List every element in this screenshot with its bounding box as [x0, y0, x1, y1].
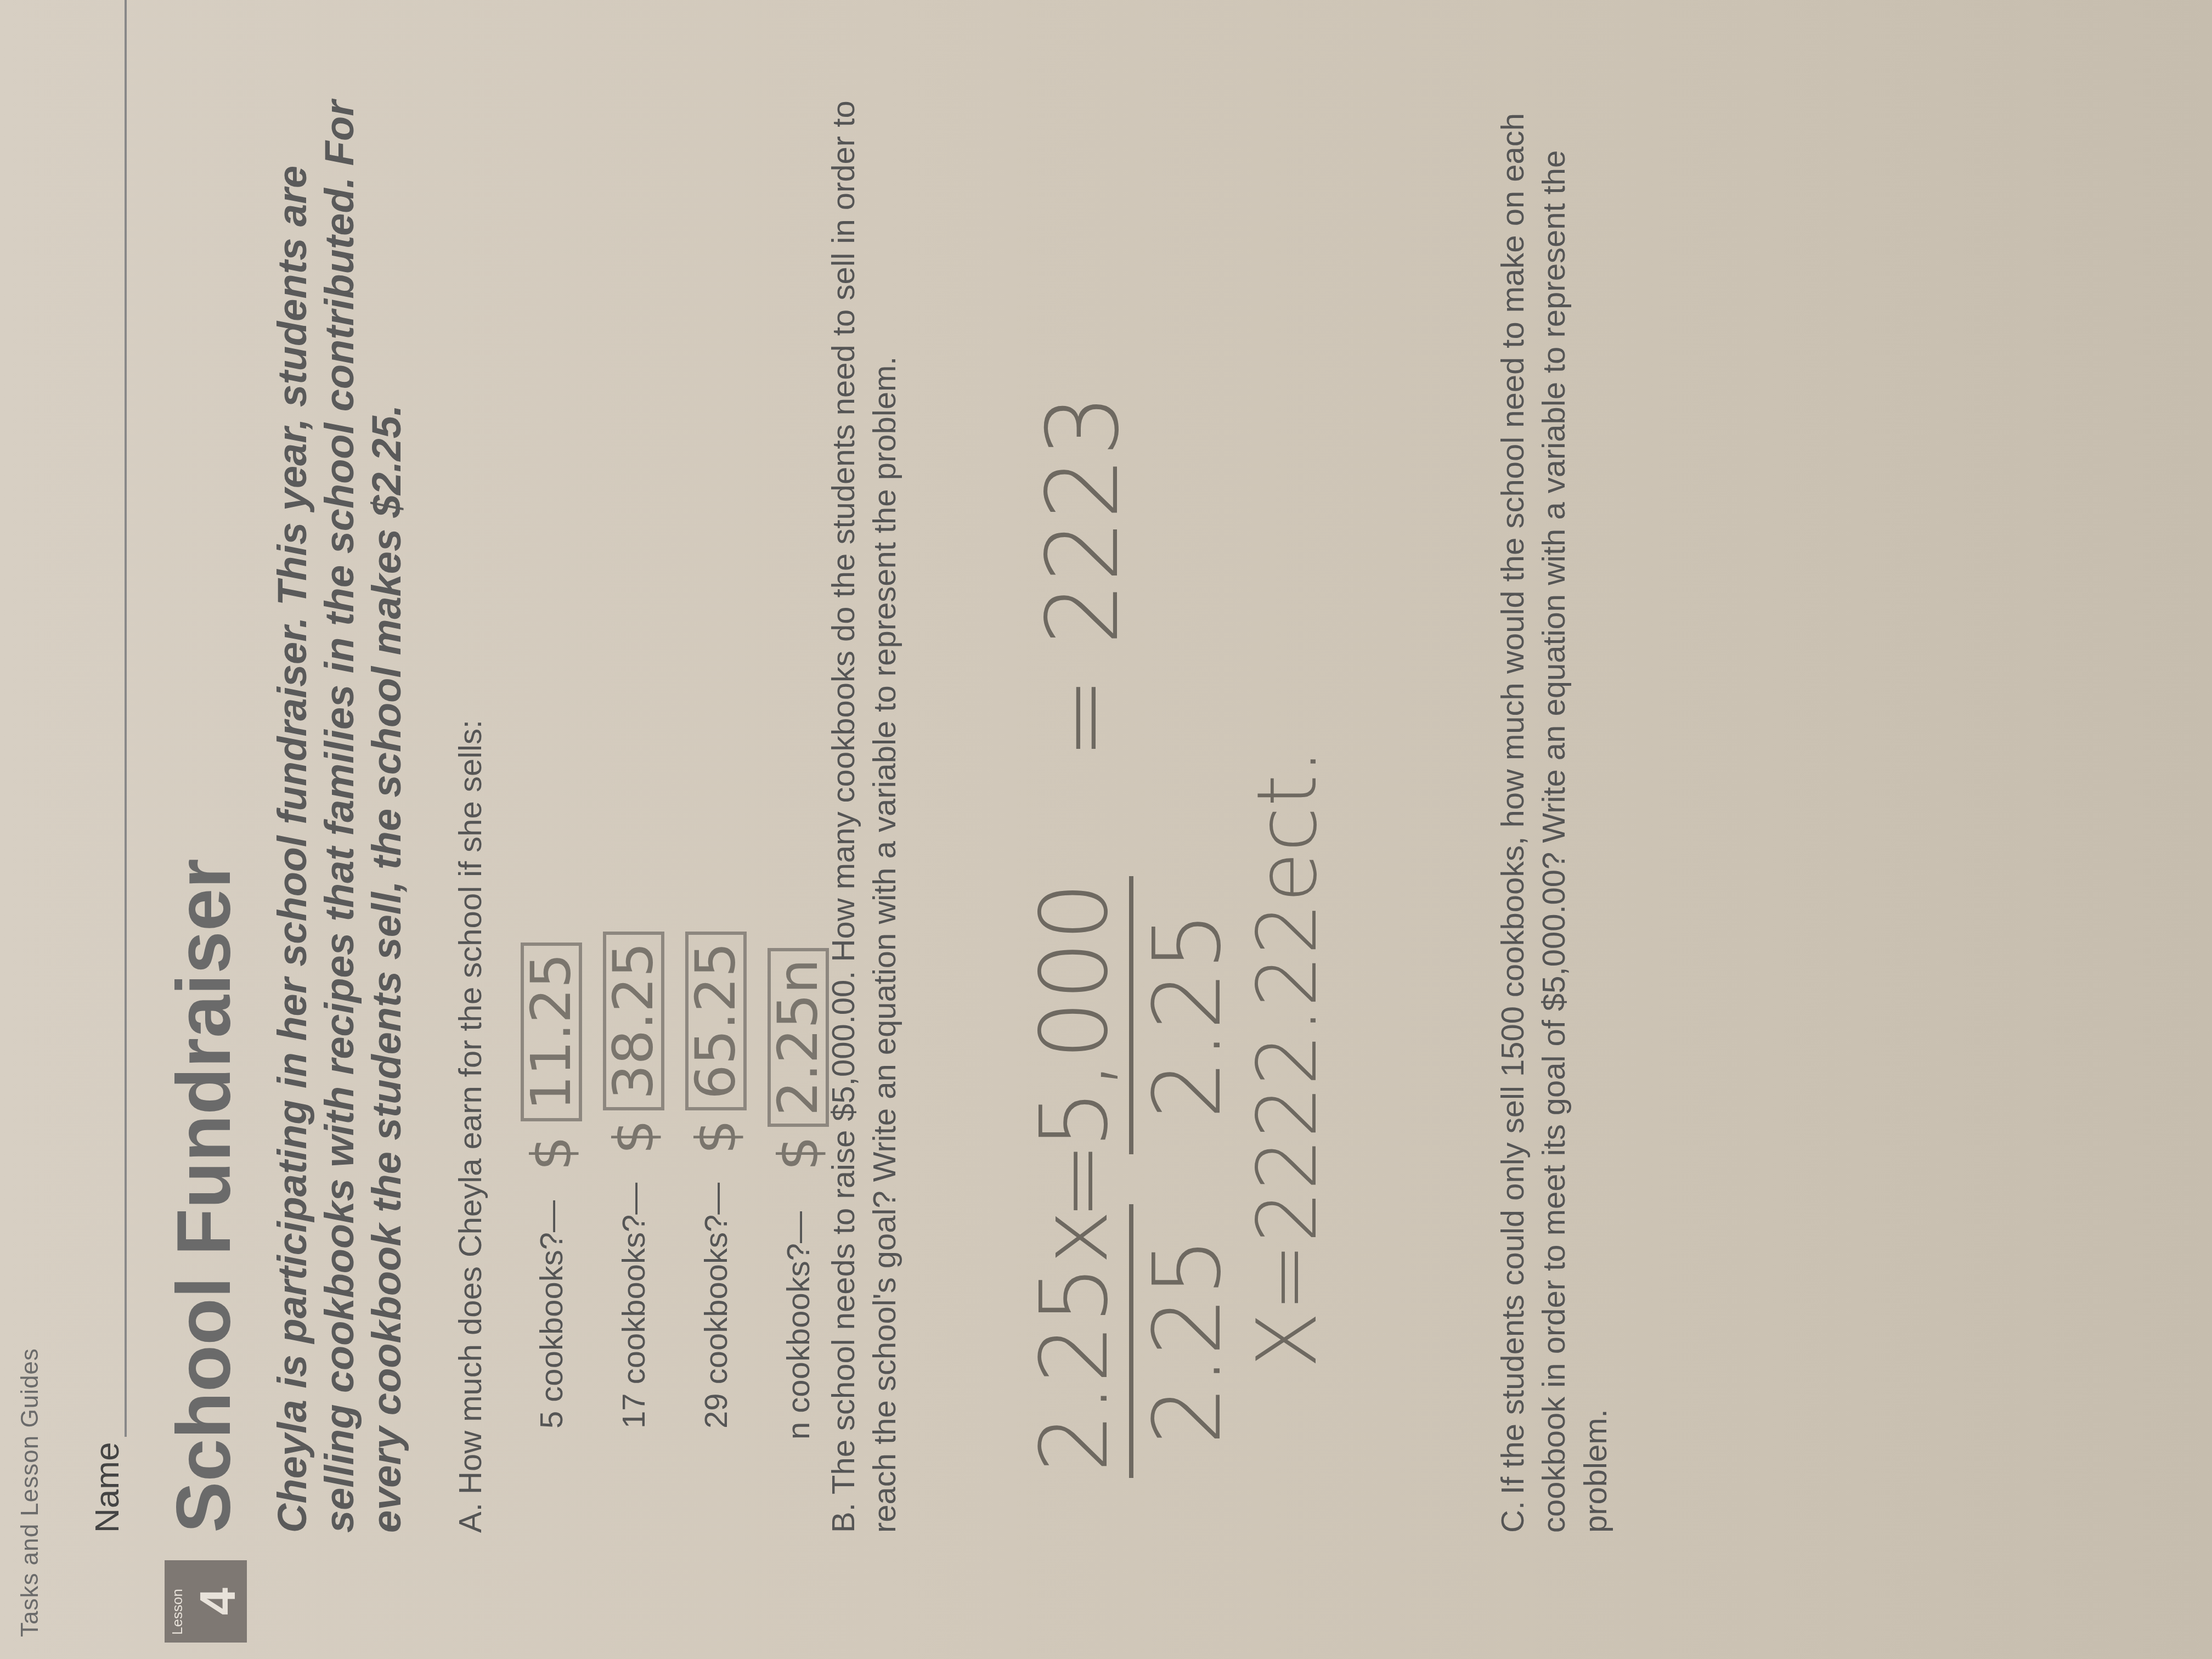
- dollar-mark: $: [602, 1119, 666, 1154]
- question-letter: B.: [823, 1494, 864, 1533]
- dollar-mark: $: [520, 1136, 584, 1171]
- name-label: Name: [88, 1442, 127, 1533]
- lesson-number: 4: [190, 1588, 247, 1615]
- row-answer: 2.25n: [768, 948, 829, 1127]
- rhs-numerator: 5,000: [1020, 876, 1133, 1154]
- name-line: [97, 0, 127, 1437]
- intro-paragraph: Cheyla is participating in her school fu…: [269, 79, 410, 1533]
- header-strip: Tasks and Lesson Guides: [16, 1348, 44, 1637]
- work-result-right: = 2223: [1026, 394, 1141, 759]
- lhs-numerator: 2.25x: [1020, 1204, 1133, 1478]
- dollar-mark: $: [684, 1119, 748, 1154]
- lesson-label: Lesson: [169, 1589, 186, 1635]
- page-title: School Fundraiser: [159, 859, 248, 1533]
- dollar-mark: $: [766, 1136, 831, 1171]
- lhs-denominator: 2.25: [1133, 1237, 1242, 1445]
- work-rhs-fraction: 5,000 2.25: [1020, 876, 1242, 1154]
- lesson-badge: Lesson 4: [165, 1560, 247, 1643]
- question-c: C.If the students could only sell 1500 c…: [1492, 52, 1616, 1533]
- name-field: Name: [88, 0, 127, 1533]
- question-letter: A.: [450, 1494, 491, 1533]
- row-answer: 11.25: [521, 943, 582, 1121]
- worksheet-page: Tasks and Lesson Guides Lesson 4 Name Sc…: [0, 0, 2212, 1659]
- question-letter: C.: [1492, 1494, 1533, 1533]
- row-answer: 65.25: [685, 932, 747, 1110]
- question-text: The school needs to raise $5,000.00. How…: [826, 100, 902, 1533]
- row-answer: 38.25: [603, 932, 664, 1110]
- question-b: B.The school needs to raise $5,000.00. H…: [823, 52, 906, 1533]
- work-lhs-fraction: 2.25x 2.25: [1020, 1204, 1242, 1478]
- work-result-line: X=2222.22ect.: [1240, 748, 1335, 1368]
- rhs-denominator: 2.25: [1133, 911, 1242, 1119]
- question-a: A.How much does Cheyla earn for the scho…: [450, 720, 491, 1533]
- question-text: If the students could only sell 1500 coo…: [1495, 113, 1613, 1533]
- question-text: How much does Cheyla earn for the school…: [453, 720, 488, 1494]
